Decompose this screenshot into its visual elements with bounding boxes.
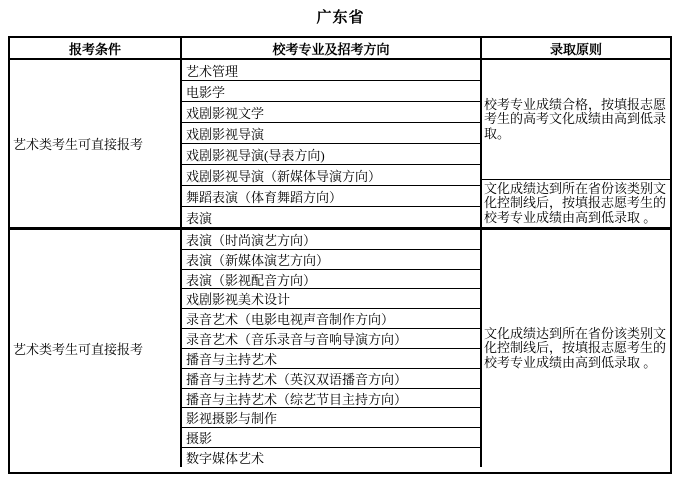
page-title: 广东省 bbox=[0, 6, 681, 27]
table-section: 艺术类考生可直接报考表演（时尚演艺方向）表演（新媒体演艺方向）表演（影视配音方向… bbox=[10, 230, 670, 467]
header-apply-conditions: 报考条件 bbox=[10, 38, 182, 58]
condition-cell: 艺术类考生可直接报考 bbox=[10, 60, 182, 227]
table-header-row: 报考条件 校考专业及招考方向 录取原则 bbox=[10, 38, 670, 60]
major-row: 舞蹈表演（体育舞蹈方向） bbox=[182, 186, 480, 207]
major-row: 播音与主持艺术（综艺节目主持方向） bbox=[182, 389, 480, 409]
majors-column: 表演（时尚演艺方向）表演（新媒体演艺方向）表演（影视配音方向）戏剧影视美术设计录… bbox=[182, 230, 482, 467]
major-row: 电影学 bbox=[182, 81, 480, 102]
principle-cell: 文化成绩达到所在省份该类别文化控制线后，按填报志愿考生的校考专业成绩由高到低录取… bbox=[482, 180, 670, 227]
major-row: 表演 bbox=[182, 207, 480, 227]
major-row: 播音与主持艺术 bbox=[182, 349, 480, 369]
major-row: 录音艺术（音乐录音与音响导演方向） bbox=[182, 329, 480, 349]
principles-column: 文化成绩达到所在省份该类别文化控制线后，按填报志愿考生的校考专业成绩由高到低录取… bbox=[482, 230, 670, 467]
major-row: 数字媒体艺术 bbox=[182, 448, 480, 467]
major-row: 戏剧影视导演(导表方向) bbox=[182, 144, 480, 165]
admission-table: 报考条件 校考专业及招考方向 录取原则 艺术类考生可直接报考艺术管理电影学戏剧影… bbox=[8, 36, 672, 474]
major-row: 戏剧影视文学 bbox=[182, 102, 480, 123]
principles-column: 校考专业成绩合格，按填报志愿考生的高考文化成绩由高到低录取。文化成绩达到所在省份… bbox=[482, 60, 670, 227]
table-body: 艺术类考生可直接报考艺术管理电影学戏剧影视文学戏剧影视导演戏剧影视导演(导表方向… bbox=[10, 60, 670, 467]
major-row: 影视摄影与制作 bbox=[182, 408, 480, 428]
major-row: 录音艺术（电影电视声音制作方向） bbox=[182, 309, 480, 329]
majors-column: 艺术管理电影学戏剧影视文学戏剧影视导演戏剧影视导演(导表方向)戏剧影视导演（新媒… bbox=[182, 60, 482, 227]
header-admission-principles: 录取原则 bbox=[482, 38, 670, 58]
major-row: 表演（影视配音方向） bbox=[182, 270, 480, 290]
major-row: 表演（新媒体演艺方向） bbox=[182, 250, 480, 270]
principle-cell: 文化成绩达到所在省份该类别文化控制线后，按填报志愿考生的校考专业成绩由高到低录取… bbox=[482, 230, 670, 467]
major-row: 艺术管理 bbox=[182, 60, 480, 81]
header-exam-majors: 校考专业及招考方向 bbox=[182, 38, 482, 58]
major-row: 戏剧影视导演 bbox=[182, 123, 480, 144]
table-section: 艺术类考生可直接报考艺术管理电影学戏剧影视文学戏剧影视导演戏剧影视导演(导表方向… bbox=[10, 60, 670, 230]
major-row: 表演（时尚演艺方向） bbox=[182, 230, 480, 250]
major-row: 戏剧影视导演（新媒体导演方向） bbox=[182, 165, 480, 186]
condition-cell: 艺术类考生可直接报考 bbox=[10, 230, 182, 467]
principle-cell: 校考专业成绩合格，按填报志愿考生的高考文化成绩由高到低录取。 bbox=[482, 60, 670, 180]
major-row: 戏剧影视美术设计 bbox=[182, 289, 480, 309]
major-row: 摄影 bbox=[182, 428, 480, 448]
major-row: 播音与主持艺术（英汉双语播音方向） bbox=[182, 369, 480, 389]
